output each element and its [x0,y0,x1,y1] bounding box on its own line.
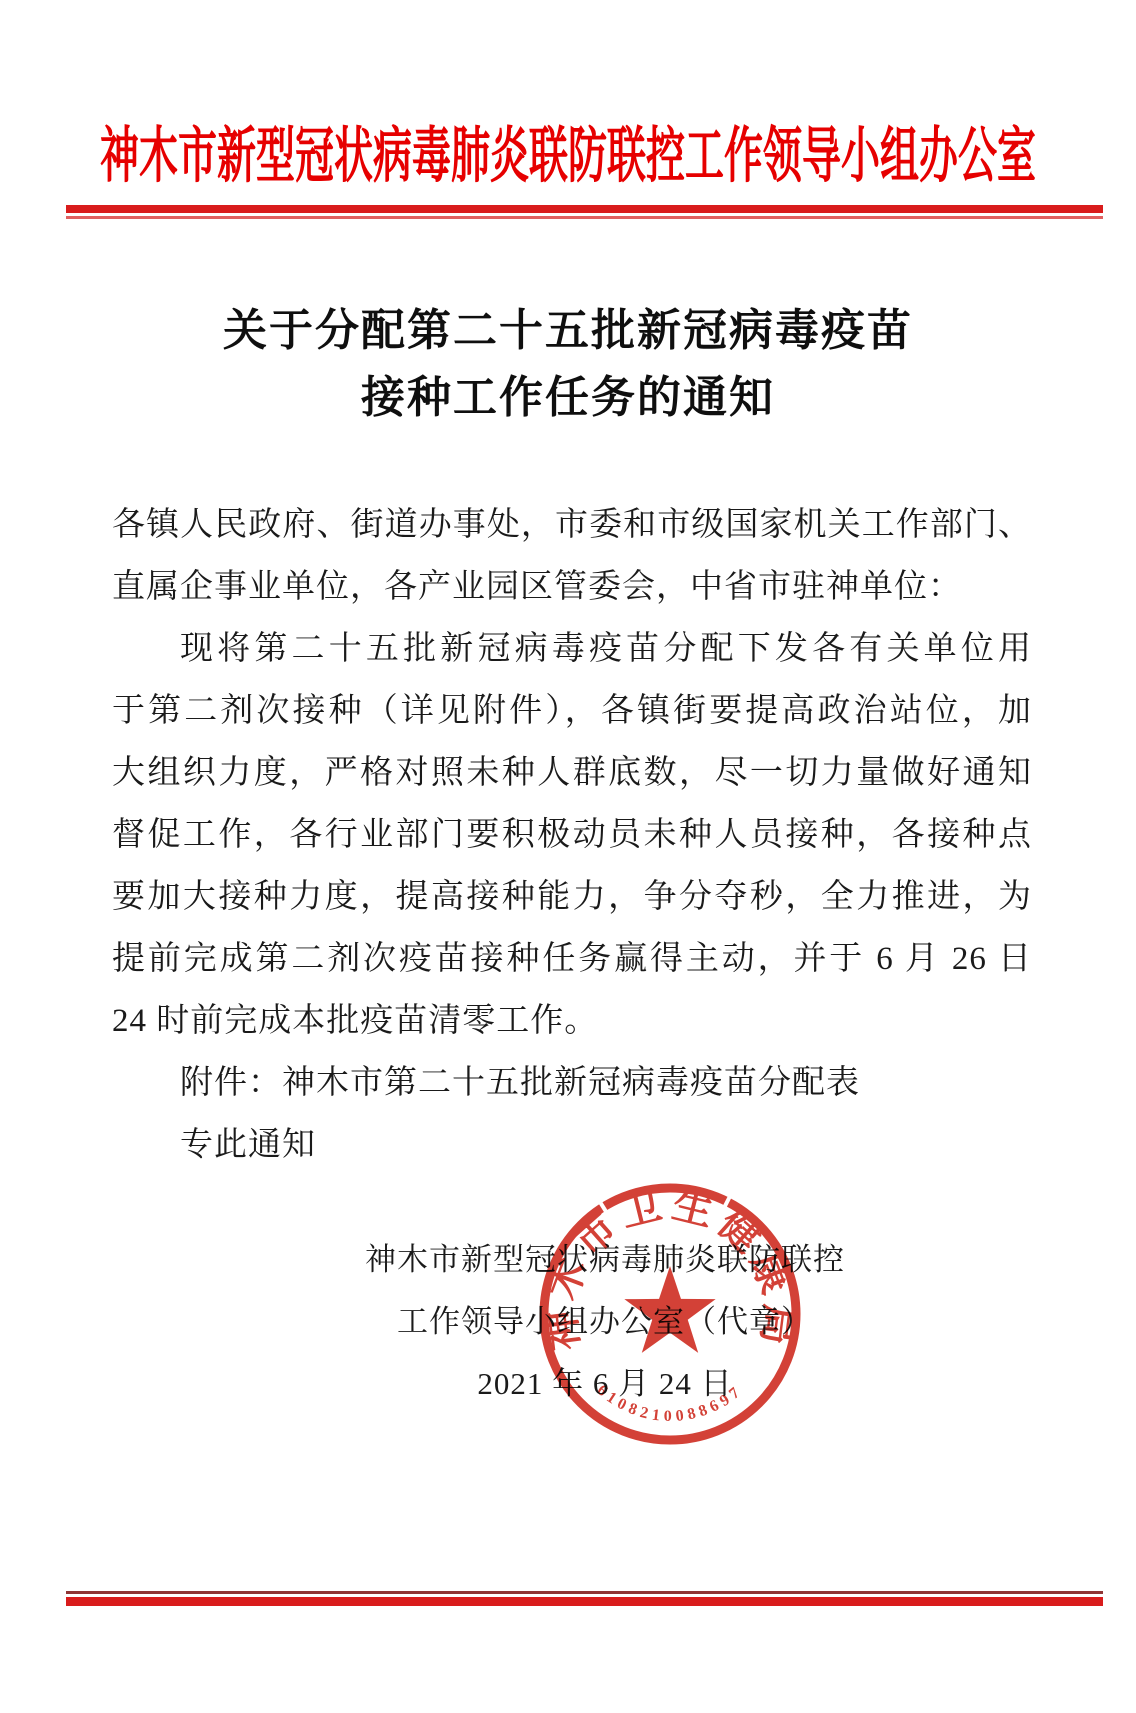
document-title: 关于分配第二十五批新冠病毒疫苗 接种工作任务的通知 [0,297,1136,431]
seal-serial-text-wrap: 6108210088697 [593,1382,746,1425]
letterhead-rule-thin [66,216,1103,219]
seal-star-icon [624,1266,715,1353]
body-line-2: 直属企事业单位，各产业园区管委会，中省市驻神单位： [112,565,1032,609]
letterhead-rule-thick [66,205,1103,213]
body-line-7: 要加大接种力度，提高接种能力，争分夺秒，全力推进，为 [112,875,1032,919]
official-seal-stamp: 神木市卫生健康局 6108210088697 [530,1174,810,1454]
body-line-closing: 专此通知 [112,1123,1032,1167]
title-line-1: 关于分配第二十五批新冠病毒疫苗 [0,297,1136,364]
body-line-6: 督促工作，各行业部门要积极动员未种人员接种，各接种点 [112,813,1032,857]
body-line-5: 大组织力度，严格对照未种人群底数，尽一切力量做好通知 [112,751,1032,795]
body-line-4: 于第二剂次接种（详见附件），各镇街要提高政治站位，加 [112,689,1032,733]
body-line-attachment: 附件：神木市第二十五批新冠病毒疫苗分配表 [112,1061,1032,1105]
document-page: 神木市新型冠状病毒肺炎联防联控工作领导小组办公室 关于分配第二十五批新冠病毒疫苗… [0,0,1136,1713]
footer-rule-thin [66,1591,1103,1594]
footer-rule-thick [66,1597,1103,1606]
title-line-2: 接种工作任务的通知 [0,364,1136,431]
letterhead-org-title: 神木市新型冠状病毒肺炎联防联控工作领导小组办公室 [0,126,1136,186]
body-line-1: 各镇人民政府、街道办事处，市委和市级国家机关工作部门、 [112,503,1032,547]
body-line-9: 24 时前完成本批疫苗清零工作。 [112,999,1032,1043]
body-line-3: 现将第二十五批新冠病毒疫苗分配下发各有关单位用 [112,627,1032,671]
body-line-8: 提前完成第二剂次疫苗接种任务赢得主动，并于 6 月 26 日 [112,937,1032,981]
seal-serial-number: 6108210088697 [593,1382,746,1425]
